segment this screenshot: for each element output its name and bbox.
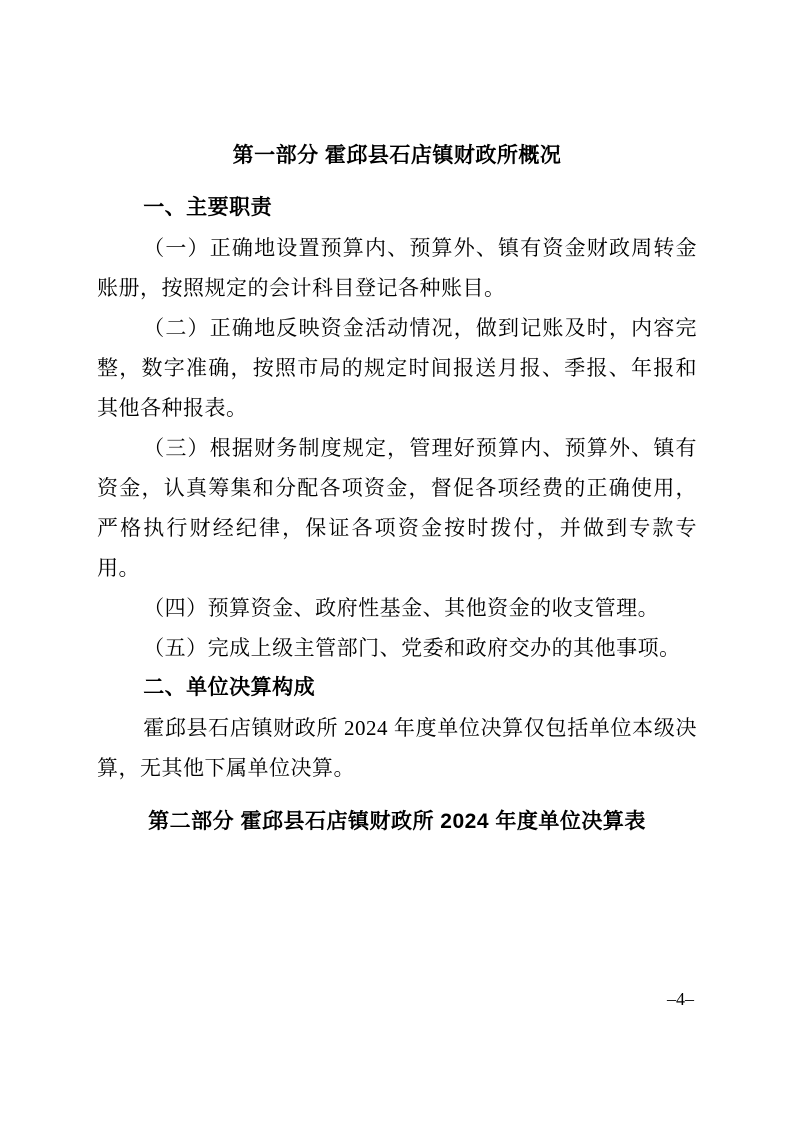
duty-paragraph-3: （三）根据财务制度规定，管理好预算内、预算外、镇有资金，认真筹集和分配各项资金，…	[97, 428, 697, 588]
duty-paragraph-2: （二）正确地反映资金活动情况，做到记账及时，内容完整，数字准确，按照市局的规定时…	[97, 308, 697, 428]
section-heading-final-accounts-composition: 二、单位决算构成	[97, 668, 697, 708]
duty-paragraph-5: （五）完成上级主管部门、党委和政府交办的其他事项。	[97, 628, 697, 668]
duty-paragraph-4: （四）预算资金、政府性基金、其他资金的收支管理。	[97, 588, 697, 628]
document-page: 第一部分 霍邱县石店镇财政所概况 一、主要职责 （一）正确地设置预算内、预算外、…	[0, 0, 793, 1122]
final-accounts-paragraph: 霍邱县石店镇财政所 2024 年度单位决算仅包括单位本级决算，无其他下属单位决算…	[97, 708, 697, 788]
duty-paragraph-1: （一）正确地设置预算内、预算外、镇有资金财政周转金账册，按照规定的会计科目登记各…	[97, 228, 697, 308]
document-content: 第一部分 霍邱县石店镇财政所概况 一、主要职责 （一）正确地设置预算内、预算外、…	[97, 140, 697, 838]
part1-title: 第一部分 霍邱县石店镇财政所概况	[97, 140, 697, 172]
page-number: –4–	[667, 988, 694, 1010]
part2-title: 第二部分 霍邱县石店镇财政所 2024 年度单位决算表	[97, 806, 697, 838]
section-heading-main-duties: 一、主要职责	[97, 188, 697, 228]
